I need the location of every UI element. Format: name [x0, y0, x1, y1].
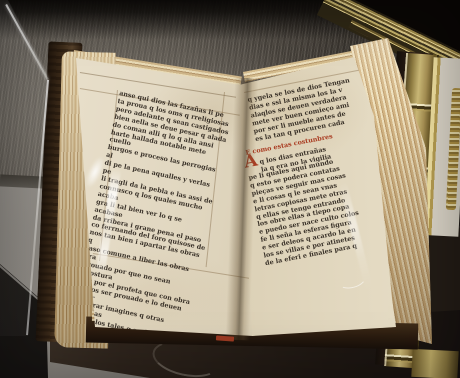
museum-display-photo: anse qui dios las fazañas li pe ta proua… — [0, 0, 460, 378]
photo-vignette — [0, 0, 460, 378]
